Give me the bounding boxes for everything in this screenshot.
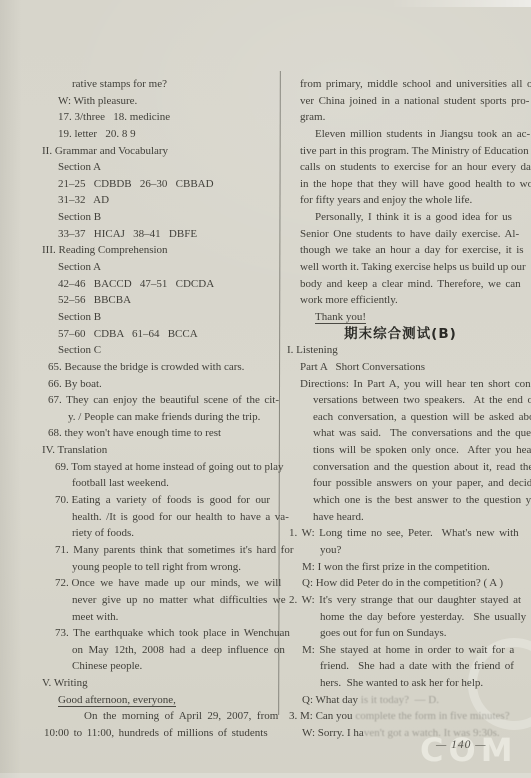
text-span: tive part in this program. The Ministry … — [300, 145, 529, 157]
text-span: 71. Many parents think that sometimes it… — [55, 544, 293, 556]
text-line: Q: What day is it today? — D. — [287, 692, 514, 709]
text-span: 70. Eating a variety of foods is good fo… — [55, 494, 270, 506]
text-line: Thank you! — [287, 309, 514, 326]
smudged-text: is it today? — D. — [361, 694, 439, 706]
text-span: 33–37 HICAJ 38–41 DBFE — [58, 228, 197, 240]
text-span: 2. W: It's very strange that our daughte… — [289, 594, 521, 606]
text-line: On the morning of April 29, 2007, from — [42, 708, 256, 725]
text-line: 67. They can enjoy the beautiful scene o… — [42, 392, 256, 409]
text-span: 19. letter 20. 8 9 — [58, 128, 136, 140]
text-span: Senior One students to have daily exerci… — [300, 228, 519, 240]
text-span: 73. The earthquake which took place in W… — [55, 627, 290, 639]
text-line: never give up no matter what difficultie… — [42, 592, 256, 609]
text-line: for fifty years and enjoy the whole life… — [287, 192, 514, 209]
text-line: y. / People can make friends during the … — [42, 409, 256, 426]
text-span: body and keep a clear mind. Therefore, w… — [300, 278, 521, 290]
text-line: well worth it. Taking exercise helps us … — [287, 259, 514, 276]
text-span: 17. 3/three 18. medicine — [58, 111, 170, 123]
text-line: Q: How did Peter do in the competition? … — [287, 575, 514, 592]
text-span: what was said. The conversations and the… — [313, 427, 531, 439]
text-line: what was said. The conversations and the… — [287, 425, 514, 442]
text-line: have heard. — [287, 509, 514, 526]
smudged-text: complete the form in five minutes? — [355, 710, 509, 722]
text-span: work more efficiently. — [300, 294, 398, 306]
text-span: Thank you! — [315, 311, 366, 324]
text-line: 57–60 CDBA 61–64 BCCA — [42, 326, 256, 343]
text-line: tions will be spoken only once. After yo… — [287, 442, 514, 459]
text-span: never give up no matter what difficultie… — [72, 594, 286, 606]
text-span: I. Listening — [287, 344, 338, 356]
text-line: Section A — [42, 159, 256, 176]
section-translation: IV. Translation — [42, 442, 256, 459]
text-span: in the hope that they will have good hea… — [300, 178, 531, 190]
text-span: On the morning of April 29, 2007, from — [84, 710, 278, 722]
text-span: tions will be spoken only once. After yo… — [313, 444, 531, 456]
photo-edge-highlight-bottom — [0, 773, 531, 778]
left-column: rative stamps for me?W: With pleasure.17… — [42, 76, 256, 742]
text-span: health. /It is good for our health to ha… — [72, 511, 289, 523]
text-line: Section C — [42, 342, 256, 359]
text-span: Section C — [58, 344, 101, 356]
text-span: 65. Because the bridge is crowded with c… — [48, 361, 244, 373]
text-span: football last weekend. — [72, 477, 169, 489]
text-line: Chinese people. — [42, 658, 256, 675]
text-line: M: I won the first prize in the competit… — [287, 559, 514, 576]
text-line: young people to tell right from wrong. — [42, 559, 256, 576]
text-span: friend. She had a date with the friend o… — [320, 660, 514, 672]
text-span: well worth it. Taking exercise helps us … — [300, 261, 526, 273]
text-line: health. /It is good for our health to ha… — [42, 509, 256, 526]
text-line: 21–25 CDBDB 26–30 CBBAD — [42, 176, 256, 193]
text-line: on May 12th, 2008 had a deep influence o… — [42, 642, 256, 659]
section-grammar-vocabulary: II. Grammar and Vocabulary — [42, 143, 256, 160]
text-line: Eleven million students in Jiangsu took … — [287, 126, 514, 143]
text-line: 33–37 HICAJ 38–41 DBFE — [42, 226, 256, 243]
text-line: calls on students to exercise for an hou… — [287, 159, 514, 176]
text-line: conversation and the question about it, … — [287, 459, 514, 476]
text-span: III. Reading Comprehension — [42, 244, 168, 256]
text-span: V. Writing — [42, 677, 88, 689]
text-span: ver China joined in a national student s… — [300, 95, 529, 107]
text-line: 19. letter 20. 8 9 — [42, 126, 256, 143]
text-span: IV. Translation — [42, 444, 107, 456]
right-column: from primary, middle school and universi… — [287, 76, 514, 742]
text-span: goes out for fun on Sundays. — [320, 627, 447, 639]
text-span: Section A — [58, 261, 101, 273]
text-span: W: Sorry. I ha — [302, 727, 364, 739]
column-divider — [278, 71, 281, 715]
text-line: versations between two speakers. At the … — [287, 392, 514, 409]
text-span: 67. They can enjoy the beautiful scene o… — [48, 394, 279, 406]
text-span: 66. By boat. — [48, 378, 102, 390]
text-line: 42–46 BACCD 47–51 CDCDA — [42, 276, 256, 293]
text-span: 3. M: Can you — [289, 710, 355, 722]
text-line: Directions: In Part A, you will hear ten… — [287, 376, 514, 393]
text-span: have heard. — [313, 511, 364, 523]
scanned-workbook-page: { "page": { "background_color": "#d8d6cc… — [0, 0, 531, 778]
text-line: 10:00 to 11:00, hundreds of millions of … — [42, 725, 256, 742]
text-span: 52–56 BBCBA — [58, 294, 131, 306]
text-line: 52–56 BBCBA — [42, 292, 256, 309]
text-line: Good afternoon, everyone, — [42, 692, 256, 709]
text-span: riety of foods. — [72, 527, 134, 539]
text-line: M: She stayed at home in order to wait f… — [287, 642, 514, 659]
text-line: home the day before yesterday. She usual… — [287, 609, 514, 626]
text-span: young people to tell right from wrong. — [72, 561, 241, 573]
text-line: 69. Tom stayed at home instead of going … — [42, 459, 256, 476]
text-span: Part A Short Conversations — [300, 361, 425, 373]
text-line: which one is the best answer to the ques… — [287, 492, 514, 509]
text-span: 69. Tom stayed at home instead of going … — [55, 461, 283, 473]
text-line: 17. 3/three 18. medicine — [42, 109, 256, 126]
text-line: 65. Because the bridge is crowded with c… — [42, 359, 256, 376]
text-line: gram. — [287, 109, 514, 126]
text-line: rative stamps for me? — [42, 76, 256, 93]
text-line: 71. Many parents think that sometimes it… — [42, 542, 256, 559]
text-span: for fifty years and enjoy the whole life… — [300, 194, 472, 206]
text-line: body and keep a clear mind. Therefore, w… — [287, 276, 514, 293]
text-span: Section A — [58, 161, 101, 173]
text-span: calls on students to exercise for an hou… — [300, 161, 531, 173]
text-line: 1. W: Long time no see, Peter. What's ne… — [287, 525, 514, 542]
text-span: Chinese people. — [72, 660, 142, 672]
text-line: Section B — [42, 209, 256, 226]
text-span: hers. She wanted to ask her for help. — [320, 677, 483, 689]
text-span: M: She stayed at home in order to wait f… — [302, 644, 514, 656]
text-line: ver China joined in a national student s… — [287, 93, 514, 110]
text-span: y. / People can make friends during the … — [68, 411, 260, 423]
text-line: Section B — [42, 309, 256, 326]
text-span: 57–60 CDBA 61–64 BCCA — [58, 328, 198, 340]
text-line: tive part in this program. The Ministry … — [287, 143, 514, 160]
text-span: conversation and the question about it, … — [313, 461, 531, 473]
smudged-text: ven't got a watch. It was 9:30s. — [364, 727, 500, 739]
part-a-heading: Part A Short Conversations — [287, 359, 514, 376]
text-span: Personally, I think it is a good idea fo… — [315, 211, 512, 223]
text-line: 66. By boat. — [42, 376, 256, 393]
text-line: meet with. — [42, 609, 256, 626]
text-line: in the hope that they will have good hea… — [287, 176, 514, 193]
text-line: goes out for fun on Sundays. — [287, 625, 514, 642]
exam-title: 期末综合测试(B) — [287, 326, 514, 343]
text-span: which one is the best answer to the ques… — [313, 494, 531, 506]
text-line: you? — [287, 542, 514, 559]
text-line: 72. Once we have made up our minds, we w… — [42, 575, 256, 592]
text-span: though we take an hour a day for exercis… — [300, 244, 524, 256]
text-span: versations between two speakers. At the … — [313, 394, 531, 406]
text-span: four possible answers on your paper, and… — [313, 477, 531, 489]
text-line: 3. M: Can you complete the form in five … — [287, 708, 514, 725]
text-span: 10:00 to 11:00, hundreds of millions of … — [44, 727, 268, 739]
text-span: II. Grammar and Vocabulary — [42, 145, 168, 157]
text-line: 73. The earthquake which took place in W… — [42, 625, 256, 642]
text-line: from primary, middle school and universi… — [287, 76, 514, 93]
section-writing: V. Writing — [42, 675, 256, 692]
text-line: Senior One students to have daily exerci… — [287, 226, 514, 243]
text-span: Section B — [58, 211, 101, 223]
section-listening: I. Listening — [287, 342, 514, 359]
text-line: 68. they won't have enough time to rest — [42, 425, 256, 442]
text-span: home the day before yesterday. She usual… — [320, 611, 526, 623]
text-line: hers. She wanted to ask her for help. — [287, 675, 514, 692]
photo-edge-highlight-top — [391, 0, 531, 7]
text-span: 72. Once we have made up our minds, we w… — [55, 577, 281, 589]
text-span: Q: How did Peter do in the competition? … — [302, 577, 503, 589]
text-span: 68. they won't have enough time to rest — [48, 427, 221, 439]
text-span: 1. W: Long time no see, Peter. What's ne… — [289, 527, 519, 539]
text-line: Section A — [42, 259, 256, 276]
text-line: 31–32 AD — [42, 192, 256, 209]
text-span: W: With pleasure. — [58, 95, 137, 107]
text-span: 42–46 BACCD 47–51 CDCDA — [58, 278, 214, 290]
text-line: each conversation, a question will be as… — [287, 409, 514, 426]
text-span: from primary, middle school and universi… — [300, 78, 531, 90]
text-span: 31–32 AD — [58, 194, 109, 206]
text-line: 2. W: It's very strange that our daughte… — [287, 592, 514, 609]
text-span: M: I won the first prize in the competit… — [302, 561, 490, 573]
text-line: though we take an hour a day for exercis… — [287, 242, 514, 259]
text-line: Personally, I think it is a good idea fo… — [287, 209, 514, 226]
text-span: on May 12th, 2008 had a deep influence o… — [72, 644, 285, 656]
text-line: 70. Eating a variety of foods is good fo… — [42, 492, 256, 509]
text-span: 21–25 CDBDB 26–30 CBBAD — [58, 178, 214, 190]
text-line: football last weekend. — [42, 475, 256, 492]
text-span: 期末综合测试(B) — [344, 326, 457, 342]
text-line: W: With pleasure. — [42, 93, 256, 110]
text-span: gram. — [300, 111, 325, 123]
text-line: four possible answers on your paper, and… — [287, 475, 514, 492]
text-span: Directions: In Part A, you will hear ten… — [300, 378, 531, 390]
text-span: meet with. — [72, 611, 118, 623]
section-reading-comprehension: III. Reading Comprehension — [42, 242, 256, 259]
text-line: work more efficiently. — [287, 292, 514, 309]
text-span: each conversation, a question will be as… — [313, 411, 531, 423]
text-span: Eleven million students in Jiangsu took … — [315, 128, 530, 140]
text-span: Q: What day — [302, 694, 361, 706]
text-line: friend. She had a date with the friend o… — [287, 658, 514, 675]
text-line: riety of foods. — [42, 525, 256, 542]
text-span: Good afternoon, everyone, — [58, 694, 176, 707]
text-span: you? — [320, 544, 341, 556]
text-span: Section B — [58, 311, 101, 323]
text-span: rative stamps for me? — [72, 78, 167, 90]
page-number: — 140 — — [436, 739, 528, 751]
